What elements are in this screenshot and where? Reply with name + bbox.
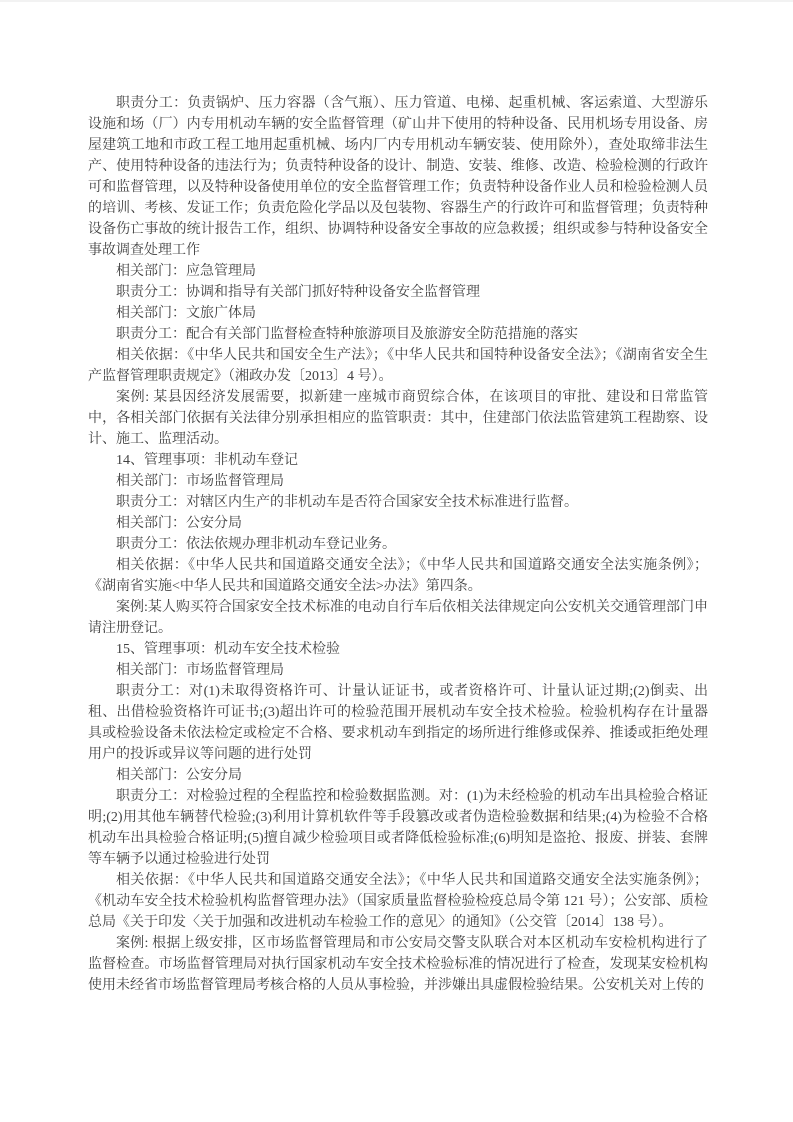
paragraph-related-department-market-regulation-inspection: 相关部门：市场监督管理局 xyxy=(88,660,708,681)
paragraph-related-department-culture-tourism-bureau: 相关部门：文旅广体局 xyxy=(88,303,708,324)
paragraph-legal-basis-non-motor-vehicle: 相关依据：《中华人民共和国道路交通安全法》；《中华人民共和国道路交通安全法实施条… xyxy=(88,555,708,597)
paragraph-duty-division-market-regulation: 职责分工：对辖区内生产的非机动车是否符合国家安全技术标准进行监督。 xyxy=(88,492,708,513)
document-page: 职责分工：负责锅炉、压力容器（含气瓶）、压力管道、电梯、起重机械、客运索道、大型… xyxy=(0,0,793,1122)
paragraph-related-department-public-security: 相关部门：公安分局 xyxy=(88,513,708,534)
item-14-heading-non-motor-vehicle-registration: 14、管理事项：非机动车登记 xyxy=(88,450,708,471)
paragraph-duty-division-emergency-bureau: 职责分工：协调和指导有关部门抓好特种设备安全监督管理 xyxy=(88,282,708,303)
paragraph-duty-division-public-security-inspection: 职责分工：对检验过程的全程监控和检验数据监测。对：(1)为未经检验的机动车出具检… xyxy=(88,786,708,870)
paragraph-related-department-emergency-bureau: 相关部门：应急管理局 xyxy=(88,261,708,282)
paragraph-case-example-vehicle-inspection: 案例: 根据上级安排，区市场监督管理局和市公安局交警支队联合对本区机动车安检机构… xyxy=(88,933,708,996)
paragraph-legal-basis-special-equipment: 相关依据：《中华人民共和国安全生产法》；《中华人民共和国特种设备安全法》；《湖南… xyxy=(88,345,708,387)
paragraph-related-department-public-security-inspection: 相关部门：公安分局 xyxy=(88,765,708,786)
item-15-heading-vehicle-safety-inspection: 15、管理事项：机动车安全技术检验 xyxy=(88,639,708,660)
paragraph-case-example-special-equipment: 案例: 某县因经济发展需要，拟新建一座城市商贸综合体，在该项目的审批、建设和日常… xyxy=(88,387,708,450)
paragraph-related-department-market-regulation: 相关部门：市场监督管理局 xyxy=(88,471,708,492)
paragraph-duty-division-market-regulation-inspection: 职责分工：对(1)未取得资格许可、计量认证证书，或者资格许可、计量认证过期;(2… xyxy=(88,681,708,765)
document-body: 职责分工：负责锅炉、压力容器（含气瓶）、压力管道、电梯、起重机械、客运索道、大型… xyxy=(0,2,793,996)
paragraph-legal-basis-vehicle-inspection: 相关依据：《中华人民共和国道路交通安全法》；《中华人民共和国道路交通安全法实施条… xyxy=(88,870,708,933)
paragraph-duty-division-public-security: 职责分工：依法依规办理非机动车登记业务。 xyxy=(88,534,708,555)
paragraph-case-example-non-motor-vehicle: 案例:某人购买符合国家安全技术标准的电动自行车后依相关法律规定向公安机关交通管理… xyxy=(88,597,708,639)
paragraph-duty-division-culture-tourism-bureau: 职责分工：配合有关部门监督检查特种旅游项目及旅游安全防范措施的落实 xyxy=(88,324,708,345)
paragraph-duty-division-special-equipment: 职责分工：负责锅炉、压力容器（含气瓶）、压力管道、电梯、起重机械、客运索道、大型… xyxy=(88,93,708,261)
